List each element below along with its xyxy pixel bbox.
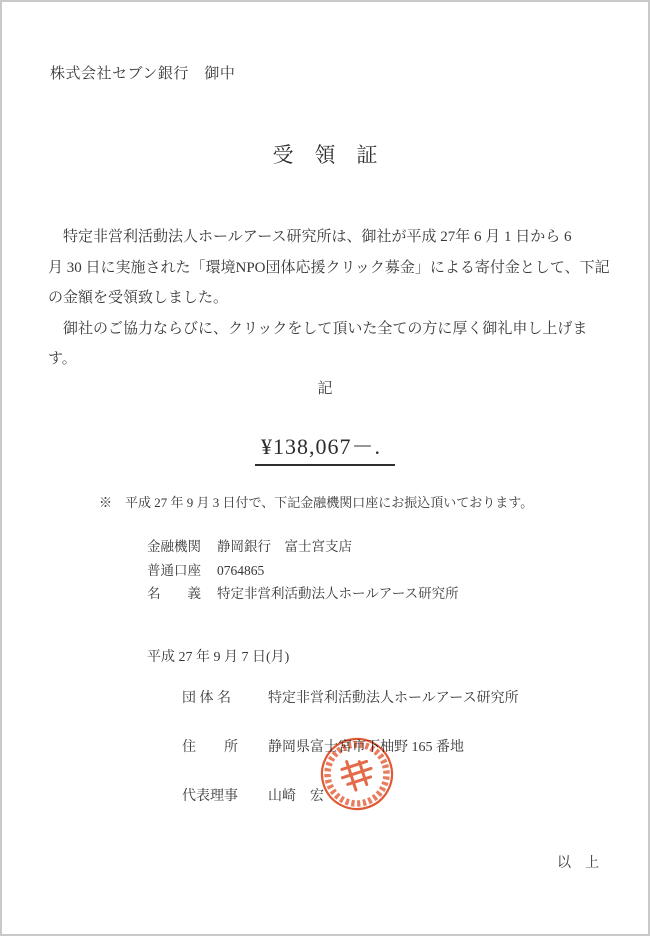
bank-institution-label: 金融機関 bbox=[147, 535, 205, 559]
issue-date: 平成 27 年 9 月 7 日(月) bbox=[147, 646, 289, 666]
amount-value: ¥138,067－. bbox=[255, 430, 395, 466]
amount-section: ¥138,067－. bbox=[2, 430, 648, 466]
bank-info: 金融機関静岡銀行 富士宮支店 普通口座0764865 名 義特定非営利活動法人ホ… bbox=[147, 535, 459, 606]
signature-org-label: 団 体 名 bbox=[182, 687, 268, 707]
body-line: 月 30 日に実施された「環境NPO団体応援クリック募金」による寄付金として、下… bbox=[48, 253, 616, 284]
bank-institution-row: 金融機関静岡銀行 富士宮支店 bbox=[147, 535, 459, 559]
body-line: 御社のご協力ならびに、クリックをして頂いた全ての方に厚く御礼申し上げます。 bbox=[48, 314, 616, 375]
signature-org-value: 特定非営利活動法人ホールアース研究所 bbox=[268, 691, 519, 706]
bank-account-label: 普通口座 bbox=[147, 559, 205, 583]
body-paragraph: 特定非営利活動法人ホールアース研究所は、御社が平成 27年 6 月 1 日から … bbox=[48, 222, 616, 375]
document-title: 受 領 証 bbox=[2, 139, 648, 169]
bank-holder-row: 名 義特定非営利活動法人ホールアース研究所 bbox=[147, 582, 459, 606]
receipt-document-page: 株式会社セブン銀行 御中 受 領 証 特定非営利活動法人ホールアース研究所は、御… bbox=[0, 0, 650, 936]
addressee: 株式会社セブン銀行 御中 bbox=[50, 62, 235, 83]
bank-account-row: 普通口座0764865 bbox=[147, 559, 459, 583]
signature-org-row: 団 体 名特定非営利活動法人ホールアース研究所 bbox=[182, 687, 519, 707]
bank-holder-label: 名 義 bbox=[147, 582, 205, 606]
bank-institution-value: 静岡銀行 富士宮支店 bbox=[217, 539, 352, 554]
bank-account-value: 0764865 bbox=[217, 563, 264, 578]
closing-phrase: 以 上 bbox=[557, 852, 599, 872]
body-line: 特定非営利活動法人ホールアース研究所は、御社が平成 27年 6 月 1 日から … bbox=[48, 222, 616, 253]
bank-holder-value: 特定非営利活動法人ホールアース研究所 bbox=[217, 586, 459, 601]
signature-address-label: 住 所 bbox=[182, 736, 268, 756]
organization-seal-stamp-icon bbox=[318, 735, 396, 813]
record-marker: 記 bbox=[2, 377, 648, 398]
signature-representative-value: 山崎 宏 bbox=[268, 789, 324, 804]
body-line: の金額を受領致しました。 bbox=[48, 283, 616, 314]
signature-representative-label: 代表理事 bbox=[182, 785, 268, 805]
transfer-note: ※ 平成 27 年 9 月 3 日付で、下記金融機関口座にお振込頂いております。 bbox=[99, 492, 533, 511]
